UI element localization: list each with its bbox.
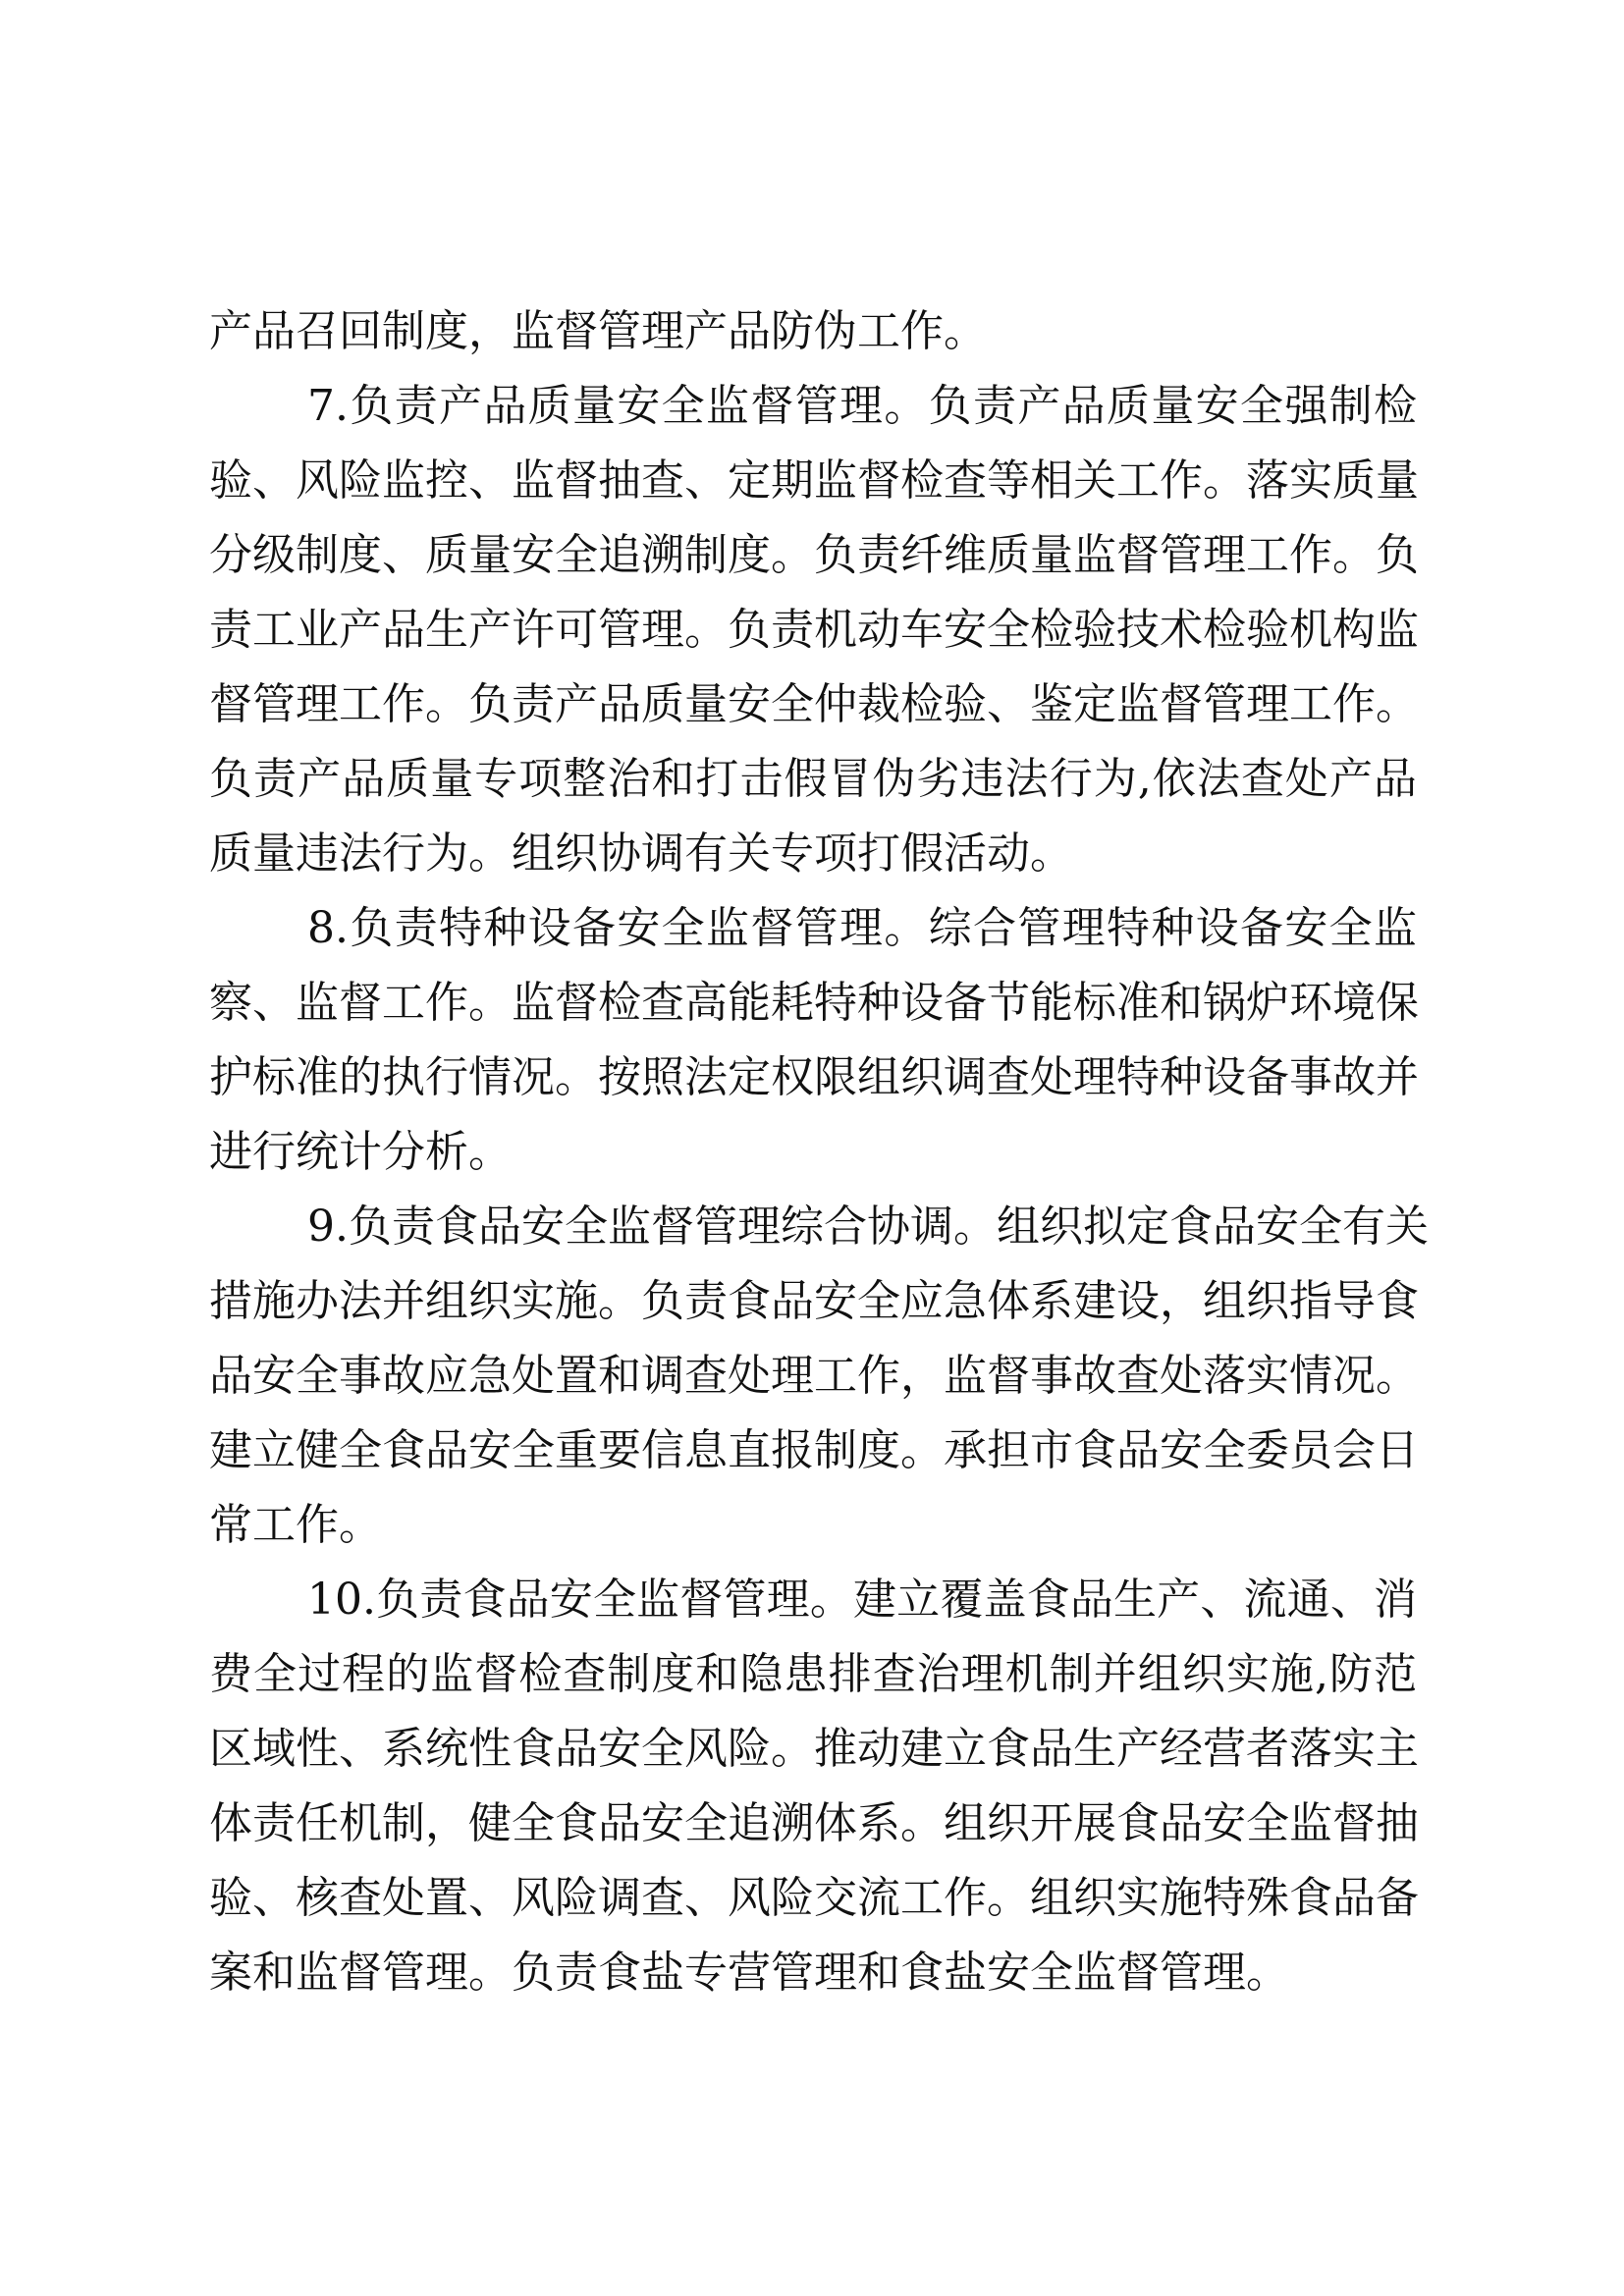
text-line: 8.负责特种设备安全监督管理。综合管理特种设备安全监	[209, 897, 1417, 972]
paragraph-7-product-quality-safety: 7.负责产品质量安全监督管理。负责产品质量安全强制检 验、风险监控、监督抽查、定…	[209, 375, 1417, 897]
text-line: 9.负责食品安全监督管理综合协调。组织拟定食品安全有关	[209, 1196, 1417, 1270]
text-line: 验、风险监控、监督抽查、定期监督检查等相关工作。落实质量	[209, 450, 1417, 524]
text-line: 验、核查处置、风险调查、风险交流工作。组织实施特殊食品备	[209, 1867, 1417, 1942]
text-line: 质量违法行为。组织协调有关专项打假活动。	[209, 823, 1417, 897]
text-line: 责工业产品生产许可管理。负责机动车安全检验技术检验机构监	[209, 599, 1417, 673]
text-line: 察、监督工作。监督检查高能耗特种设备节能标准和锅炉环境保	[209, 972, 1417, 1046]
text-line: 措施办法并组织实施。负责食品安全应急体系建设，组织指导食	[209, 1270, 1417, 1345]
text-line: 区域性、系统性食品安全风险。推动建立食品生产经营者落实主	[209, 1718, 1417, 1792]
text-line: 体责任机制，健全食品安全追溯体系。组织开展食品安全监督抽	[209, 1792, 1417, 1867]
paragraph-8-special-equipment-safety: 8.负责特种设备安全监督管理。综合管理特种设备安全监 察、监督工作。监督检查高能…	[209, 897, 1417, 1196]
text-line: 案和监督管理。负责食盐专营管理和食盐安全监督管理。	[209, 1942, 1417, 2016]
text-line: 品安全事故应急处置和调查处理工作，监督事故查处落实情况。	[209, 1345, 1417, 1419]
paragraph-9-food-safety-coordination: 9.负责食品安全监督管理综合协调。组织拟定食品安全有关 措施办法并组织实施。负责…	[209, 1196, 1417, 1569]
text-line: 护标准的执行情况。按照法定权限组织调查处理特种设备事故并	[209, 1046, 1417, 1121]
text-line: 督管理工作。负责产品质量安全仲裁检验、鉴定监督管理工作。	[209, 673, 1417, 748]
text-line: 7.负责产品质量安全监督管理。负责产品质量安全强制检	[209, 375, 1417, 450]
body-text: 产品召回制度，监督管理产品防伪工作。 7.负责产品质量安全监督管理。负责产品质量…	[209, 300, 1417, 2016]
text-line: 产品召回制度，监督管理产品防伪工作。	[209, 300, 1417, 375]
text-line: 负责产品质量专项整治和打击假冒伪劣违法行为,依法查处产品	[209, 748, 1417, 823]
text-line: 常工作。	[209, 1494, 1417, 1569]
text-line: 10.负责食品安全监督管理。建立覆盖食品生产、流通、消	[209, 1569, 1417, 1643]
text-line: 分级制度、质量安全追溯制度。负责纤维质量监督管理工作。负	[209, 524, 1417, 599]
paragraph-10-food-safety-supervision: 10.负责食品安全监督管理。建立覆盖食品生产、流通、消 费全过程的监督检查制度和…	[209, 1569, 1417, 2016]
text-line: 费全过程的监督检查制度和隐患排查治理机制并组织实施,防范	[209, 1643, 1417, 1718]
paragraph-6-continuation: 产品召回制度，监督管理产品防伪工作。	[209, 300, 1417, 375]
text-line: 进行统计分析。	[209, 1121, 1417, 1196]
text-line: 建立健全食品安全重要信息直报制度。承担市食品安全委员会日	[209, 1419, 1417, 1494]
document-page: 产品召回制度，监督管理产品防伪工作。 7.负责产品质量安全监督管理。负责产品质量…	[0, 0, 1624, 2296]
